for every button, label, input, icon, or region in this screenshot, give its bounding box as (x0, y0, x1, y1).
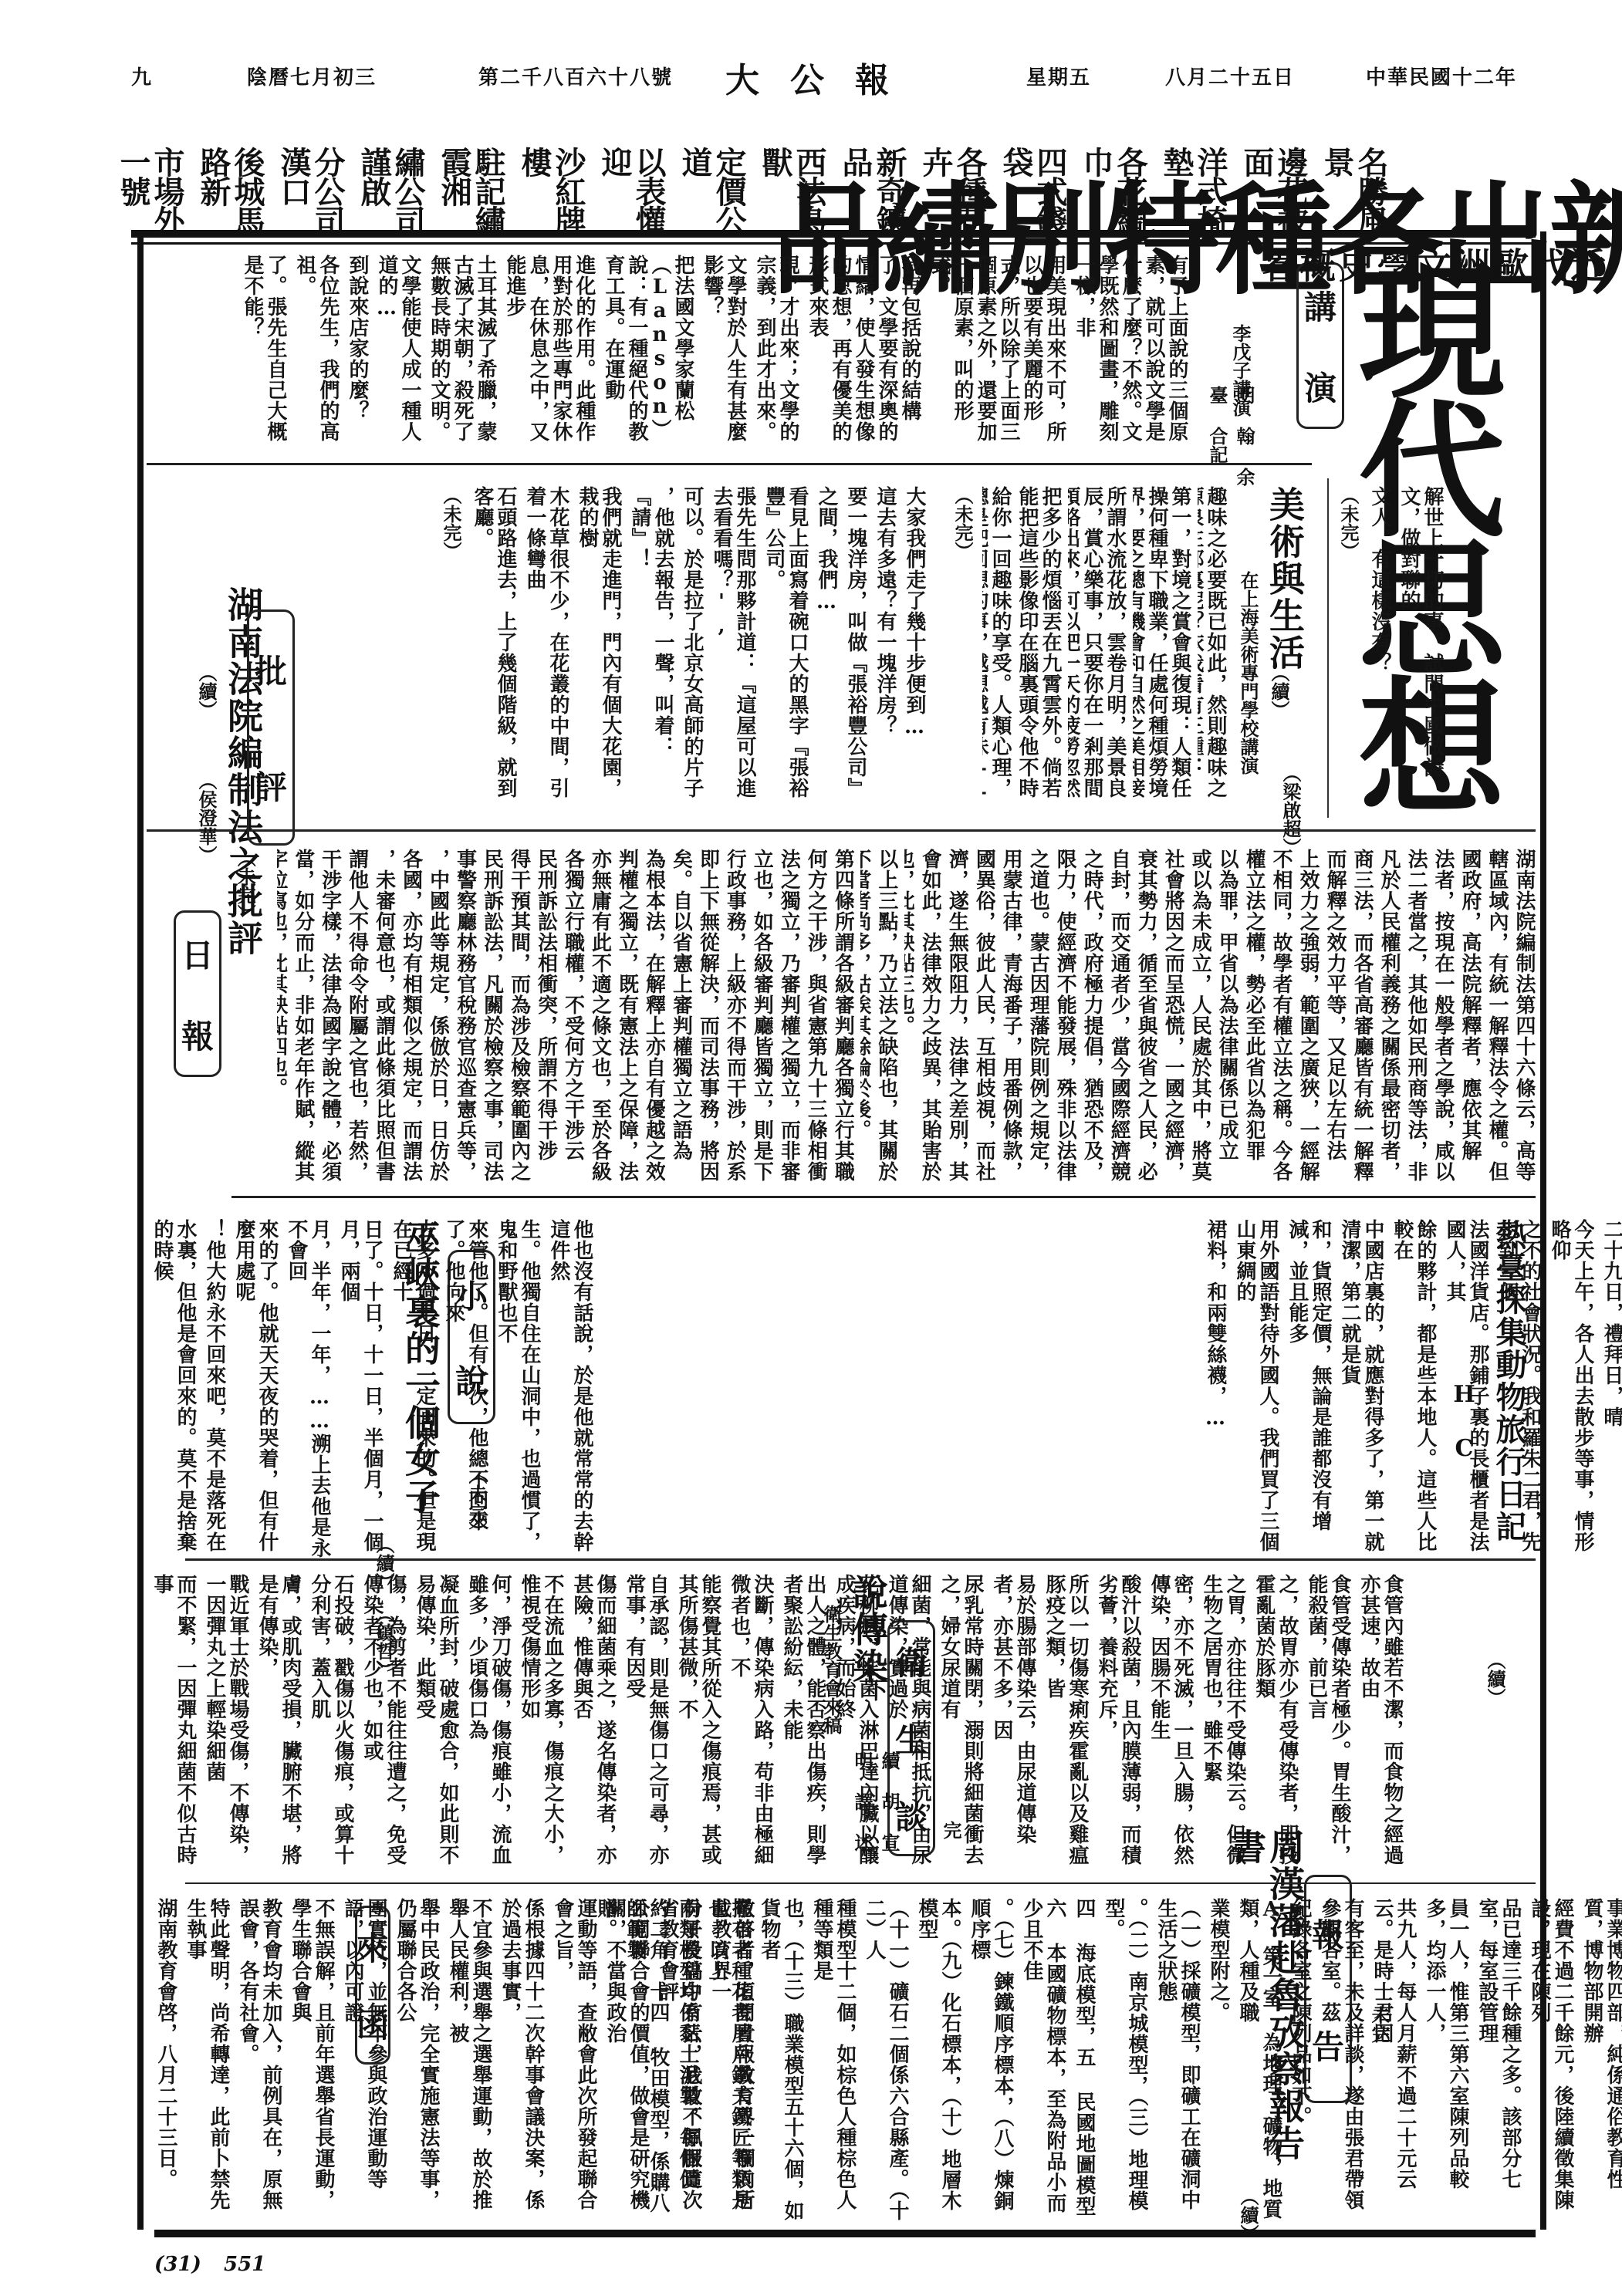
article-author-art-and-life: （梁啟超） (1277, 764, 1304, 856)
text-column: 能察覺其所從入之傷痕焉，甚或其所傷甚微，不 (675, 1574, 721, 1882)
text-column: 事警察廳林務官稅務官巡查憲兵等，皆可為之 (456, 849, 477, 1188)
text-column: 中國店裏的，就應對得多了，第一就清潔，第二就是貨 (1338, 1219, 1384, 1558)
text-column: 月，半年，一年，……溯上去他是永不會回 (285, 1219, 331, 1558)
text-column: 以上三點，乃立法之缺陷也，其關於文字之 (877, 849, 898, 1188)
modern-thought-intro: 解世上一切的事。試問中國做詩文，做對聯的 文人，有這樣沒有？ （未完） (1335, 486, 1444, 810)
masthead-republic-year: 中華民國十二年 (1366, 62, 1517, 96)
text-column: 第一，對境之賞會與復現：人類任操何種卑下職業，任處何種煩勞境界，要之總有機會和自… (1133, 486, 1191, 810)
text-column: 濟，遂生無限阻力，法律之差別，其影響於社 (948, 849, 968, 1188)
status-unfinished: （未完） (1335, 486, 1362, 810)
text-column: 也，（十三）職業模型五十六個，如貨物者 (758, 1898, 804, 2222)
masthead-weekday: 星期五 (1026, 62, 1091, 96)
text-column: 法國洋貨店。那鋪子裏的長櫃者是法國人，其 (1443, 1219, 1489, 1558)
text-column: 不在流血之多寡，傷痕之大小，惟視受傷情形如 (518, 1574, 564, 1882)
text-column: 品已達三千餘種之多。該部分七室，每室設管理 (1475, 1898, 1522, 2222)
text-column: 木花草很不少，在花叢的中間，引着一條彎曲 (523, 486, 569, 810)
text-column: 種模型十二個，如棕色人種棕色人種等類是 (810, 1898, 857, 2222)
article-body-wuxia-woman: 他也沒有話說，於是他就常常的去幹這件然 生。他獨自住在山洞中，也過慣了，鬼和野獸… (150, 1219, 593, 1558)
text-column: 今天上午，各人出去散步等事，情形略仰 (1548, 1219, 1594, 1558)
text-column: 舉中民政治，完全實施憲法等事，仍屬聯合各公 (394, 1898, 440, 2222)
text-column: 有客至，未及詳談，遂由張君帶領參觀各室。茲 (1318, 1898, 1364, 2222)
title-text: 近代歐洲文學史概畧 (1256, 247, 1607, 284)
masthead-paper-name: 大公報 (725, 52, 920, 86)
text-column: ，未審何意也，或謂此條須比照但書以規，即 (375, 849, 396, 1188)
article-continued: （續） (193, 663, 220, 719)
text-column: 把法國文學家蘭松（Lanson）說：有一種絕代的教育工具。在運動 (602, 255, 694, 451)
text-column: 干涉字樣，法律為國字說之體，必須嚴謹至 (321, 849, 342, 1188)
text-column: 大家我們走了幾十步便到… (903, 486, 926, 810)
status-unfinished: （未完） (231, 849, 259, 1188)
text-column: 事業博物四部，純係通俗教育性質，博物部開辦 (1580, 1898, 1622, 2222)
text-column: 各獨立行職權，不受何方之干涉云者，又於 (564, 849, 585, 1188)
text-column: 裙料，和兩雙絲襪，… (1204, 1219, 1227, 1558)
text-column: 特此聲明，尚希轉達，此前卜禁先生執事 (184, 1898, 230, 2222)
text-column: 自封，而交通者少，當今國際經濟競爭 (1110, 849, 1130, 1188)
text-column: 亦無庸有此不適之條文也，至於各級檢察廳 (591, 849, 612, 1188)
text-column: 共九人，每人月薪不過二十元云云。是時士君因 (1370, 1898, 1417, 2222)
text-column: 現，才出來；文學的宗義，到此才出來。 (753, 255, 799, 451)
article-recorders: 明 翰 余 臺 合記 (1204, 386, 1258, 494)
text-column: 法之獨立，乃審判權之獨立，而非審判廳之獨 (779, 849, 800, 1188)
text-column: 出人之體，能否察出傷疾，則學者聚訟紛紜，未能 (780, 1574, 826, 1882)
text-column: 有了上面說的三個原素，就可以說文學是什麼了麼？不然。文學既然和圖畫，雕刻一樣，非 (1073, 255, 1188, 451)
text-column: 社會將因之而呈恐慌，一國之經濟，必因而減 (1164, 849, 1184, 1188)
status-unfinished: （未完） (463, 1466, 490, 1540)
text-column: ，他就去報告，一聲，叫着：『請』！ (628, 486, 674, 810)
text-column: 看見上面寫着碗口大的黑字『張裕豐』公司。 (762, 486, 809, 810)
column-divider (1327, 478, 1329, 818)
text-column: 這去有多遠？有一塊洋房？ (874, 486, 897, 810)
masthead-issue-number: 第二千八百六十八號 (478, 62, 673, 96)
text-column: 教育會均未加入，前例具在，原無誤會，各有社會。 (236, 1898, 282, 2222)
text-column: 國異俗，彼此人民，互相歧視，而社會上之經 (975, 849, 995, 1188)
text-column: 衰其勢力，循至省與彼省之人民，必各閉關 (1137, 849, 1157, 1188)
status-unfinished: （未完） (438, 486, 465, 810)
text-column: 湖南法院編制法第四十六條云，高等審判廳於 (1515, 849, 1536, 1188)
article-body-art-and-life: 趣味之必要既已如此，然則趣味之源泉在那裏呢？依我看有三種： 第一，對境之賞會與復… (949, 486, 1227, 810)
text-column: 法者，按現在一般學者之學說，咸以行政法憲 (1434, 849, 1455, 1188)
text-column: 何，淨刀破傷，傷痕雖小，流血雖多，少頃傷口為 (465, 1574, 512, 1882)
text-column: 文學能使人成一種人道的… (375, 255, 421, 451)
text-column: 矣。自以省憲上審判權獨立之語為當，且省憲 (671, 849, 692, 1188)
section-label-char: 講 (1304, 282, 1336, 329)
text-column: 張先生問那夥計道：『這屋可以進去看看嗎？', (710, 486, 756, 810)
section-label-char: 演 (1304, 363, 1336, 410)
text-column: 之道也。蒙古因理藩院則例之規定，許蒙古人 (1029, 849, 1049, 1188)
text-column: 用美現出來不可，所以也要有美麗的形式，所以除了上面三個原素之外，還要加一個原素，… (928, 255, 1066, 451)
masthead-lunar-date: 陰曆七月初三 (247, 62, 377, 96)
text-column: 六 本國礦物標本，至為附品小而少且不佳 (1020, 1898, 1066, 2222)
text-column: 商三法，而各省高審廳皆有統一解釋之權， (1353, 849, 1374, 1188)
text-column: 而解釋之效力平等，又足以左右法律，凡法律 (1326, 849, 1347, 1188)
text-column: 用外國語對待外國人。我們買了三個山東綢的 (1233, 1219, 1279, 1558)
footer-page-bracket: (31) (154, 2253, 201, 2276)
text-column: 石頭路進去，上了幾個階級，就到客廳。 (471, 486, 517, 810)
text-column: 何方之干涉，與省憲第九十三條相衝突，查司 (806, 849, 827, 1188)
text-column: 業模型附之。 (1207, 1898, 1230, 2222)
text-column: ，中國此等規定，係倣於日，日仿於法，此外 (429, 849, 450, 1188)
article-body-transmission: 食管內雖若不潔，而食物之經過亦甚速，故由 食管受傳染者極少。胃生酸汁，能殺菌，前… (150, 1574, 1404, 1882)
text-column: 我再包括說的結構了。文學要有深奧的情緒，使人發生想像的思想，再有優美的形式來表 (806, 255, 921, 451)
text-column: ！他大約永不回來吧，莫不是落死在 (203, 1219, 226, 1558)
text-column: 當，如分而止，非如老年作賦，縱其月露，借 (294, 849, 315, 1188)
row-divider (147, 829, 1536, 832)
text-column: 去多不過十日，一定回來的。但是現在已經十 (390, 1219, 436, 1558)
text-column: 石投破，戳傷以火傷痕，或算十分利害，蓋入肌 (308, 1574, 354, 1882)
article-author: （侯澄華） (193, 772, 220, 864)
text-column: 第四條所謂各級審判廳各獨立行其職權，不受 (833, 849, 854, 1188)
text-column: 膚，或肌肉受損，臟腑不堪，將是有傳染， (255, 1574, 302, 1882)
text-column: 團實行，並無不參與政治運動等語，以內可證， (341, 1898, 387, 2222)
text-column: 。（七）鍊鐵順序標本，（八）煉銅順序標 (968, 1898, 1014, 2222)
text-column: 不當者尚多，姑俟其餘論於後。 (860, 849, 871, 1188)
text-column: 生。他獨自住在山洞中，也過慣了，鬼和野獸也不 (495, 1219, 541, 1558)
article-title-art-and-life: 美術與生活 (1265, 486, 1304, 671)
section-label-criticism: 批 評 (247, 609, 295, 846)
text-column: A 第一室 為地理，礦物，地質類，人種及職 (1236, 1898, 1282, 2222)
text-column: 凡於人民權利義務之關係最密切者，厥惟民刑 (1380, 849, 1401, 1188)
section-label-char: 批 (255, 647, 287, 693)
text-column: 限力，使經濟不能發展，殊非以法律助長國力 (1056, 849, 1076, 1188)
text-column: 立也，如各級審判廳皆獨立，則是下級之司法 (752, 849, 773, 1188)
text-column: 食管受傳染者極少。胃生酸汁，能殺菌，前已言 (1305, 1574, 1351, 1882)
text-column: 不宜參與選舉之選舉運動，故於推舉人民權利，被 (446, 1898, 492, 2222)
text-column: 國政府，高法院解釋者，應依其解釋，所謂國 (1461, 849, 1482, 1188)
text-column: 之不的社會狀況。我和羅朱二君，先走到一個 (1495, 1219, 1542, 1558)
text-column: 餘的夥計，都是些本地人。這些人比較在 (1391, 1219, 1437, 1558)
text-column: 各位先生，我們的高祖。 (293, 255, 340, 451)
text-column: 易於腸部傳染云，由尿道傳染者，亦甚不多，因 (990, 1574, 1036, 1882)
text-column: 之時代，政府極力提倡，猶恐不及，而乃予以 (1083, 849, 1103, 1188)
text-column: 文學對於人生有甚麼影響？ (701, 255, 747, 451)
row-divider (185, 1882, 1536, 1884)
text-column: 進化的作用。此種作用對於那些專門家休息，在休息之中，又能進步 (503, 255, 596, 451)
footer-page-number: 551 (224, 2253, 265, 2276)
text-column: 決斷，傳染病入路，苟非由極細微者也，不 (728, 1574, 774, 1882)
text-column: 和，貨照定價，無論是誰都沒有增減，並且能多 (1286, 1219, 1332, 1558)
text-column: 到說來店家的麼？ (346, 255, 369, 451)
text-column: 湖南教育會啓，八月二十三日。 (154, 1898, 177, 2222)
text-column: 。（二）南京城模型，（三）地理模型。 (1102, 1898, 1148, 2222)
text-column: 傷而細菌乘之，遂名傳染者，亦甚險，惟傳與否 (570, 1574, 617, 1882)
text-column: 而不緊，一因彈丸細菌不似古時事 (150, 1574, 197, 1882)
row-divider (147, 463, 1312, 465)
bottom-rule (154, 2230, 1536, 2237)
text-column: 密，亦不死滅，一旦入腸，依然傳染，因腸不能生 (1147, 1574, 1194, 1882)
text-column: 用蒙古律，青海番子，用番例條款，至今則中 (1002, 849, 1022, 1188)
text-column: 我們就走進門，門內有個大花園，栽的樹 (576, 486, 622, 810)
article-body-europe-literature: 有了上面說的三個原素，就可以說文學是什麼了麼？不然。文學既然和圖畫，雕刻一樣，非… (147, 255, 1188, 451)
text-column: 不相同，故學者有權立法之稱。今各高審皆有 (1272, 849, 1293, 1188)
text-column: 得干預其間，而為涉及檢察範圍內之事也，查 (510, 849, 531, 1188)
text-column: 也，此其缺點三也。 (904, 849, 915, 1188)
text-column: 自承認，則是無傷口之可尋，亦常事，有因受 (623, 1574, 669, 1882)
text-column: 水裏，但他是會回來的。莫不是捨棄的時候 (150, 1219, 197, 1558)
article-body-expedition: 二十九日，禮拜日，晴 今天上午，各人出去散步等事，情形略仰 之不的社會狀況。我和… (1204, 1219, 1622, 1558)
text-column: 來的了。他就天天夜的哭着，但有什麼用處呢 (232, 1219, 279, 1558)
text-column: 各國，亦均有相類似之規定，而謂法編為絕之 (402, 849, 423, 1188)
article-body-hunan-court: 湖南法院編制法第四十六條云，高等審判廳於 轄區域內，有統一解釋法令之權。但國法統… (231, 849, 1536, 1188)
text-column: 他也沒有話說，於是他就常常的去幹這件然 (547, 1219, 593, 1558)
text-column: 要一塊洋房，叫做『張裕豐公司』 (844, 486, 867, 810)
text-column: 轄區域內，有統一解釋法令之權。但國法統 (1488, 849, 1509, 1188)
masthead-date: 八月二十五日 (1165, 62, 1295, 96)
text-column: 敬啓者，頃閱貴報教育界一欄內所載教育界一 (708, 1898, 755, 2222)
text-column: 土耳其滅了希臘，蒙古滅了宋朝，殺死了無數長時期的文明。 (427, 255, 497, 451)
section-label-char: 日 (181, 930, 214, 977)
text-column: 文人，有這樣沒有？ (1368, 486, 1391, 810)
text-column: 酸汁以殺菌，且內膜薄弱，而積劣薈，養料充斥， (1095, 1574, 1141, 1882)
text-column: 把多少的煩惱丟在九霄雲外。倘若能把這些影像印在腦裏頭令他不時復現，每復現一回，亦… (1018, 486, 1062, 810)
text-column: 運動等語，查敝會此次所發起聯合會之旨， (551, 1898, 597, 2222)
text-column: 字拉寫也，此其缺點四也。 (277, 849, 288, 1188)
article-body-letter: 敬啓者，頃閱貴報教育界一欄內所載教育界一 份子投稿中有云，我敢不佩服這次省教育會… (154, 1898, 755, 2222)
text-column: 解世上一切的事。試問中國做詩文，做對聯的 (1397, 486, 1444, 810)
text-column: 戰近軍士於戰場受傷，不傳染，一因彈丸之上輕染細菌 (203, 1574, 249, 1882)
text-column: 不無誤解，且前年選舉省長運動，學生聯合會與 (289, 1898, 335, 2222)
text-column: 花柳病，惟菌入淋巴達內臟以釀成疾病，而始終 (833, 1574, 879, 1882)
text-column: 給你一回趣味的享受。人類心理，總是把回想的事，越想越有味—— (982, 486, 1012, 810)
text-column: （十一）礦石二個係六合縣產。（十二）人 (863, 1898, 909, 2222)
text-column: 份子投稿中有云，我敢不佩服這次省教育會評 (656, 1898, 702, 2222)
text-column: 上效力之強弱，範圍之廣狹，一經解釋，即迥 (1299, 849, 1320, 1188)
row-divider (231, 1196, 1536, 1198)
text-column: 紀錄各室之陳列品如下。 (1289, 1898, 1312, 2222)
text-column: 所謂水流花放，雲卷月明，美景良辰，賞心樂事，只要你在一剎那間領略出來，可以把一天… (1068, 486, 1127, 810)
article-intro-art-and-life: 在上海美術專門學校講演 (1235, 571, 1262, 787)
text-column: 行政事務，上級亦不得而干涉，於系統之關連 (725, 849, 746, 1188)
text-column: 係根據四十二次幹事會議決案，係於過去事實， (498, 1898, 545, 2222)
article-continued: （續） (1265, 663, 1293, 719)
text-column: 民刑訴訟法相衝突，所謂不得干涉者，他人不 (537, 849, 558, 1188)
text-column: 判權之獨立，既有憲法上之保障，法院編制法 (618, 849, 639, 1188)
status-unfinished: （未完） (949, 486, 976, 810)
text-column: 可以。於是拉了北京女高師的片子 (681, 486, 704, 810)
text-column: 了。張先生自己大概是不能？ (241, 255, 287, 451)
masthead-page-marker: 九 (131, 62, 153, 96)
text-column: 本。（九）化石標本，（十）地層木模型 (915, 1898, 961, 2222)
section-label-lecture: 講 演 (1296, 262, 1344, 429)
text-column: 權立法之權，勢必至此省以為犯罪者，彼省不 (1245, 849, 1265, 1188)
text-column: 四 海底模型，五 民國地圖模型 (1073, 1898, 1096, 2222)
article-continued: （續） (1482, 1651, 1509, 1707)
text-column: 以為罪，甲省以為法律關係已成立者，而乙省 (1218, 849, 1238, 1188)
text-column: 傷，為剪者不能往往遭之，免受傳染者不少也，如或 (360, 1574, 407, 1882)
text-column: 趣味之必要既已如此，然則趣味之源泉在那裏呢？依我看有三種： (1198, 486, 1227, 810)
text-column: 謂他人不得命令附屬之官也，若然，則不得用 (348, 849, 369, 1188)
text-column: 為根本法，在解釋上亦自有優越之效力，況審 (645, 849, 666, 1188)
text-column: 所以一切傷寒痢疾霍亂以及雞瘟豚疫之類，皆 (1042, 1574, 1089, 1882)
text-column: 民刑訴訟法，凡關於檢察之事，司法巡警係知 (483, 849, 504, 1188)
text-column: 凝血所封，破處愈合，如此則不易傳染，此類受 (413, 1574, 459, 1882)
section-label-daily: 日 報 (174, 910, 221, 1077)
text-column: 公開聯合會的價值，做會是研究機關，不當與政治 (603, 1898, 650, 2222)
section-label-char: 評 (255, 762, 287, 809)
text-column: 法二者當之，其他如民刑商等法，非國法也， (1407, 849, 1428, 1188)
text-column: 經費不過二千餘元，後陸續徵集陳設，現在陳列 (1528, 1898, 1574, 2222)
text-column: 之間，我們… (815, 486, 838, 810)
text-column: 或以為未成立，人民處於其中，將莫知所從， (1191, 849, 1211, 1188)
article-title: 近代歐洲文學史概畧 (1258, 247, 1605, 284)
section-label-char: 報 (181, 1011, 214, 1058)
text-column: （一）採礦模型，即礦工在礦洞中生活之狀態 (1154, 1898, 1201, 2222)
text-column: 會如此，法律效力之歧異，其貽害於社會無疑 (921, 849, 941, 1188)
text-column: 食管內雖若不潔，而食物之經過亦甚速，故由 (1357, 1574, 1404, 1882)
text-column: 即上下無從解決，而司法事務，將因滯而不能進行 (698, 849, 719, 1188)
text-column: 員一人，惟第三第六室陳列品較多，均添一人， (1423, 1898, 1469, 2222)
text-column: 二十九日，禮拜日，晴 (1600, 1219, 1622, 1558)
row-divider (185, 1558, 1536, 1561)
text-column: 細菌，常能與病菌相抵抗，由尿道傳染，實過於 (885, 1574, 931, 1882)
status-complete: 完 (938, 1821, 965, 1839)
text-column: 日了。十日，十一日，半個月，一個月，兩個 (337, 1219, 384, 1558)
